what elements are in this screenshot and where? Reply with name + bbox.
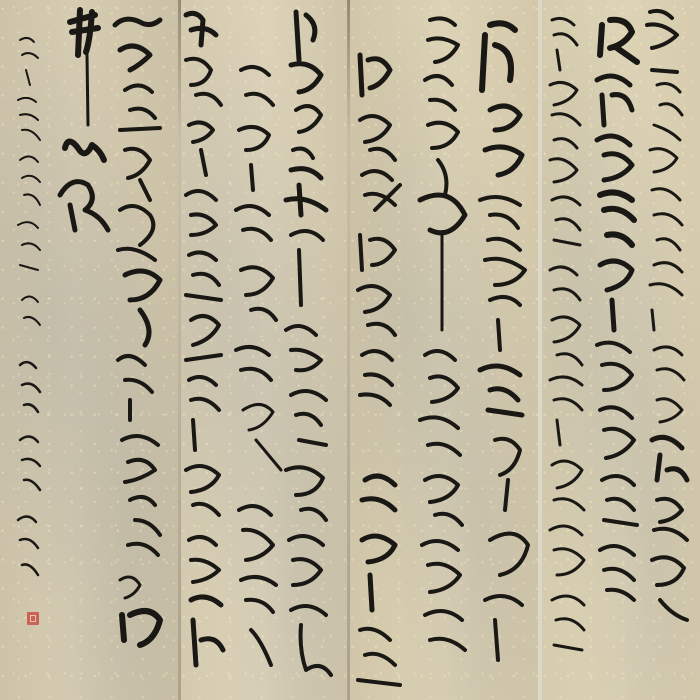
panel-3: [350, 0, 538, 700]
ink-strokes: [350, 0, 538, 700]
ink-strokes: [181, 0, 348, 700]
panel-2: [181, 0, 348, 700]
calligraphy-photo: [0, 0, 700, 700]
red-seal: [27, 612, 39, 625]
panel-4: [542, 0, 700, 700]
ink-strokes: [0, 0, 180, 700]
ink-strokes: [542, 0, 700, 700]
panel-1: [0, 0, 180, 700]
